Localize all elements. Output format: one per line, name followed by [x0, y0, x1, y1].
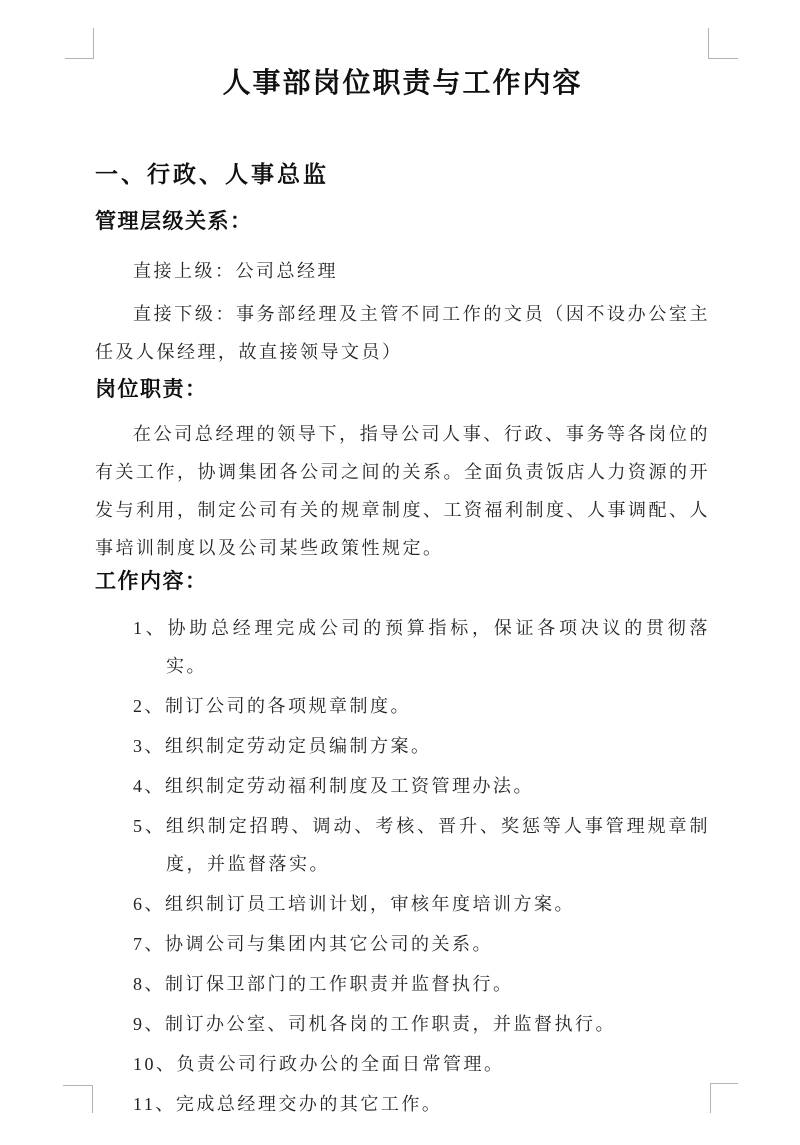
margin-crop-mark-bottom-right	[710, 1083, 738, 1113]
work-item-8: 8、制订保卫部门的工作职责并监督执行。	[133, 965, 710, 1003]
work-item-4: 4、组织制定劳动福利制度及工资管理办法。	[133, 767, 710, 805]
paragraph-direct-subordinate: 直接下级：事务部经理及主管不同工作的文员（因不设办公室主任及人保经理，故直接领导…	[95, 295, 710, 371]
document-page: 人事部岗位职责与工作内容 一、行政、人事总监 管理层级关系： 直接上级：公司总经…	[0, 0, 800, 1145]
work-item-1: 1、协助总经理完成公司的预算指标，保证各项决议的贯彻落实。	[133, 609, 710, 685]
document-title: 人事部岗位职责与工作内容	[95, 66, 710, 102]
work-item-2: 2、制订公司的各项规章制度。	[133, 687, 710, 725]
work-item-11: 11、完成总经理交办的其它工作。	[133, 1085, 710, 1123]
margin-crop-mark-top-left	[65, 28, 94, 59]
heading-management-hierarchy: 管理层级关系：	[95, 207, 710, 235]
work-item-6: 6、组织制订员工培训计划，审核年度培训方案。	[133, 885, 710, 923]
document-content: 人事部岗位职责与工作内容 一、行政、人事总监 管理层级关系： 直接上级：公司总经…	[95, 0, 710, 1125]
work-item-10: 10、负责公司行政办公的全面日常管理。	[133, 1045, 710, 1083]
section-heading-director: 一、行政、人事总监	[95, 160, 710, 190]
work-item-7: 7、协调公司与集团内其它公司的关系。	[133, 925, 710, 963]
heading-work-content: 工作内容：	[95, 567, 710, 595]
work-item-5: 5、组织制定招聘、调动、考核、晋升、奖惩等人事管理规章制度，并监督落实。	[133, 807, 710, 883]
work-content-list: 1、协助总经理完成公司的预算指标，保证各项决议的贯彻落实。 2、制订公司的各项规…	[133, 609, 710, 1123]
work-item-3: 3、组织制定劳动定员编制方案。	[133, 727, 710, 765]
margin-crop-mark-bottom-left	[63, 1085, 93, 1113]
paragraph-job-responsibilities: 在公司总经理的领导下，指导公司人事、行政、事务等各岗位的有关工作，协调集团各公司…	[95, 415, 710, 567]
margin-crop-mark-top-right	[708, 28, 738, 59]
heading-job-responsibilities: 岗位职责：	[95, 375, 710, 403]
paragraph-direct-superior: 直接上级：公司总经理	[95, 252, 710, 290]
work-item-9: 9、制订办公室、司机各岗的工作职责，并监督执行。	[133, 1005, 710, 1043]
